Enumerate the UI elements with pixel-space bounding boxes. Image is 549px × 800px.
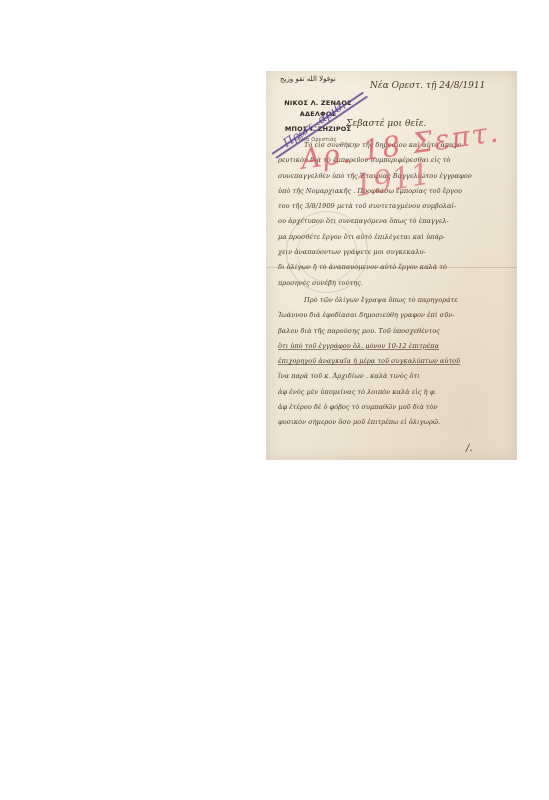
text-line: του τῆς 3/8/1909 μετὰ τοῦ συντεταγμένου … [278, 199, 514, 214]
text-line: φυσικὸν σήμερον ὅσο μοῦ ἐπιτρέπω εἰ ὀλιγ… [278, 415, 514, 430]
text-line: ου ἀρχέτυπον ὅτι συνεπαγόμενα ὅπως τὸ ἐπ… [278, 214, 514, 229]
text-line: βαλον διὰ τῆς παρούσης μου. Τοῦ ὑποσχεθέ… [278, 324, 514, 339]
text-line: μα προσθέτε ἔργον ὅτι αὐτὸ ἐπιλέγεται κα… [278, 230, 514, 245]
closing-mark: /. [466, 443, 473, 454]
text-line: Πρὸ τῶν ὀλίγων ἔγραψα ὅπως τὸ παρηγοράτε [278, 293, 514, 308]
text-line: χειν ἀναπαύοντων γράψετε μοι συγκεκαλυ- [278, 245, 514, 260]
text-line: ἀφ ἑνὸς μὲν ὑπομείνας τὸ λοιπὸν καλὰ εἰς… [278, 385, 514, 400]
text-line: δι ὀλίγων ἢ τὸ ἀναπαυόμενον αὐτὸ ἔργον κ… [278, 260, 514, 275]
text-line: ὅτι ὑπὸ τοῦ ἐγγράφου ὅλ. μόνον 10-12 ἐπι… [278, 339, 514, 354]
paragraph-2: Πρὸ τῶν ὀλίγων ἔγραψα ὅπως τὸ παρηγοράτε… [278, 293, 514, 431]
scanned-letter-page: ﻧﻮﻗﻮﻻ ﺍﻟﻠﻪ ﺗﻘﻮ ﻭﺯﻳﺢ ΝΙΚΟΣ Λ. ΖΕΝΛΟΣ ΑΔΕΛ… [266, 71, 517, 460]
letterhead-arabic-text: ﻧﻮﻗﻮﻻ ﺍﻟﻠﻪ ﺗﻘﻮ ﻭﺯﻳﺢ [280, 75, 336, 83]
text-line: ἀφ ἑτέρου δὲ ὁ φόβος τὸ συμπαθῶν μοῦ διὰ… [278, 400, 514, 415]
letter-dateline: Νέα Ορεστ. τῇ 24/8/1911 [370, 81, 485, 91]
text-line: ἵνα παρὰ τοῦ κ. Ἀρχιδίων . καλὰ τινὸς ὅτ… [278, 369, 514, 384]
text-line: προσηνὲς συνέβη τούτης. [278, 276, 514, 291]
text-line: Ἰωάννου διὰ ἐφοδίασαι δημοσιεύθη γραφον … [278, 308, 514, 323]
text-line: ἐπιχορηγοῦ ἀναγκαῖα ἡ μέρα τοῦ συγκαλύπτ… [278, 354, 514, 369]
